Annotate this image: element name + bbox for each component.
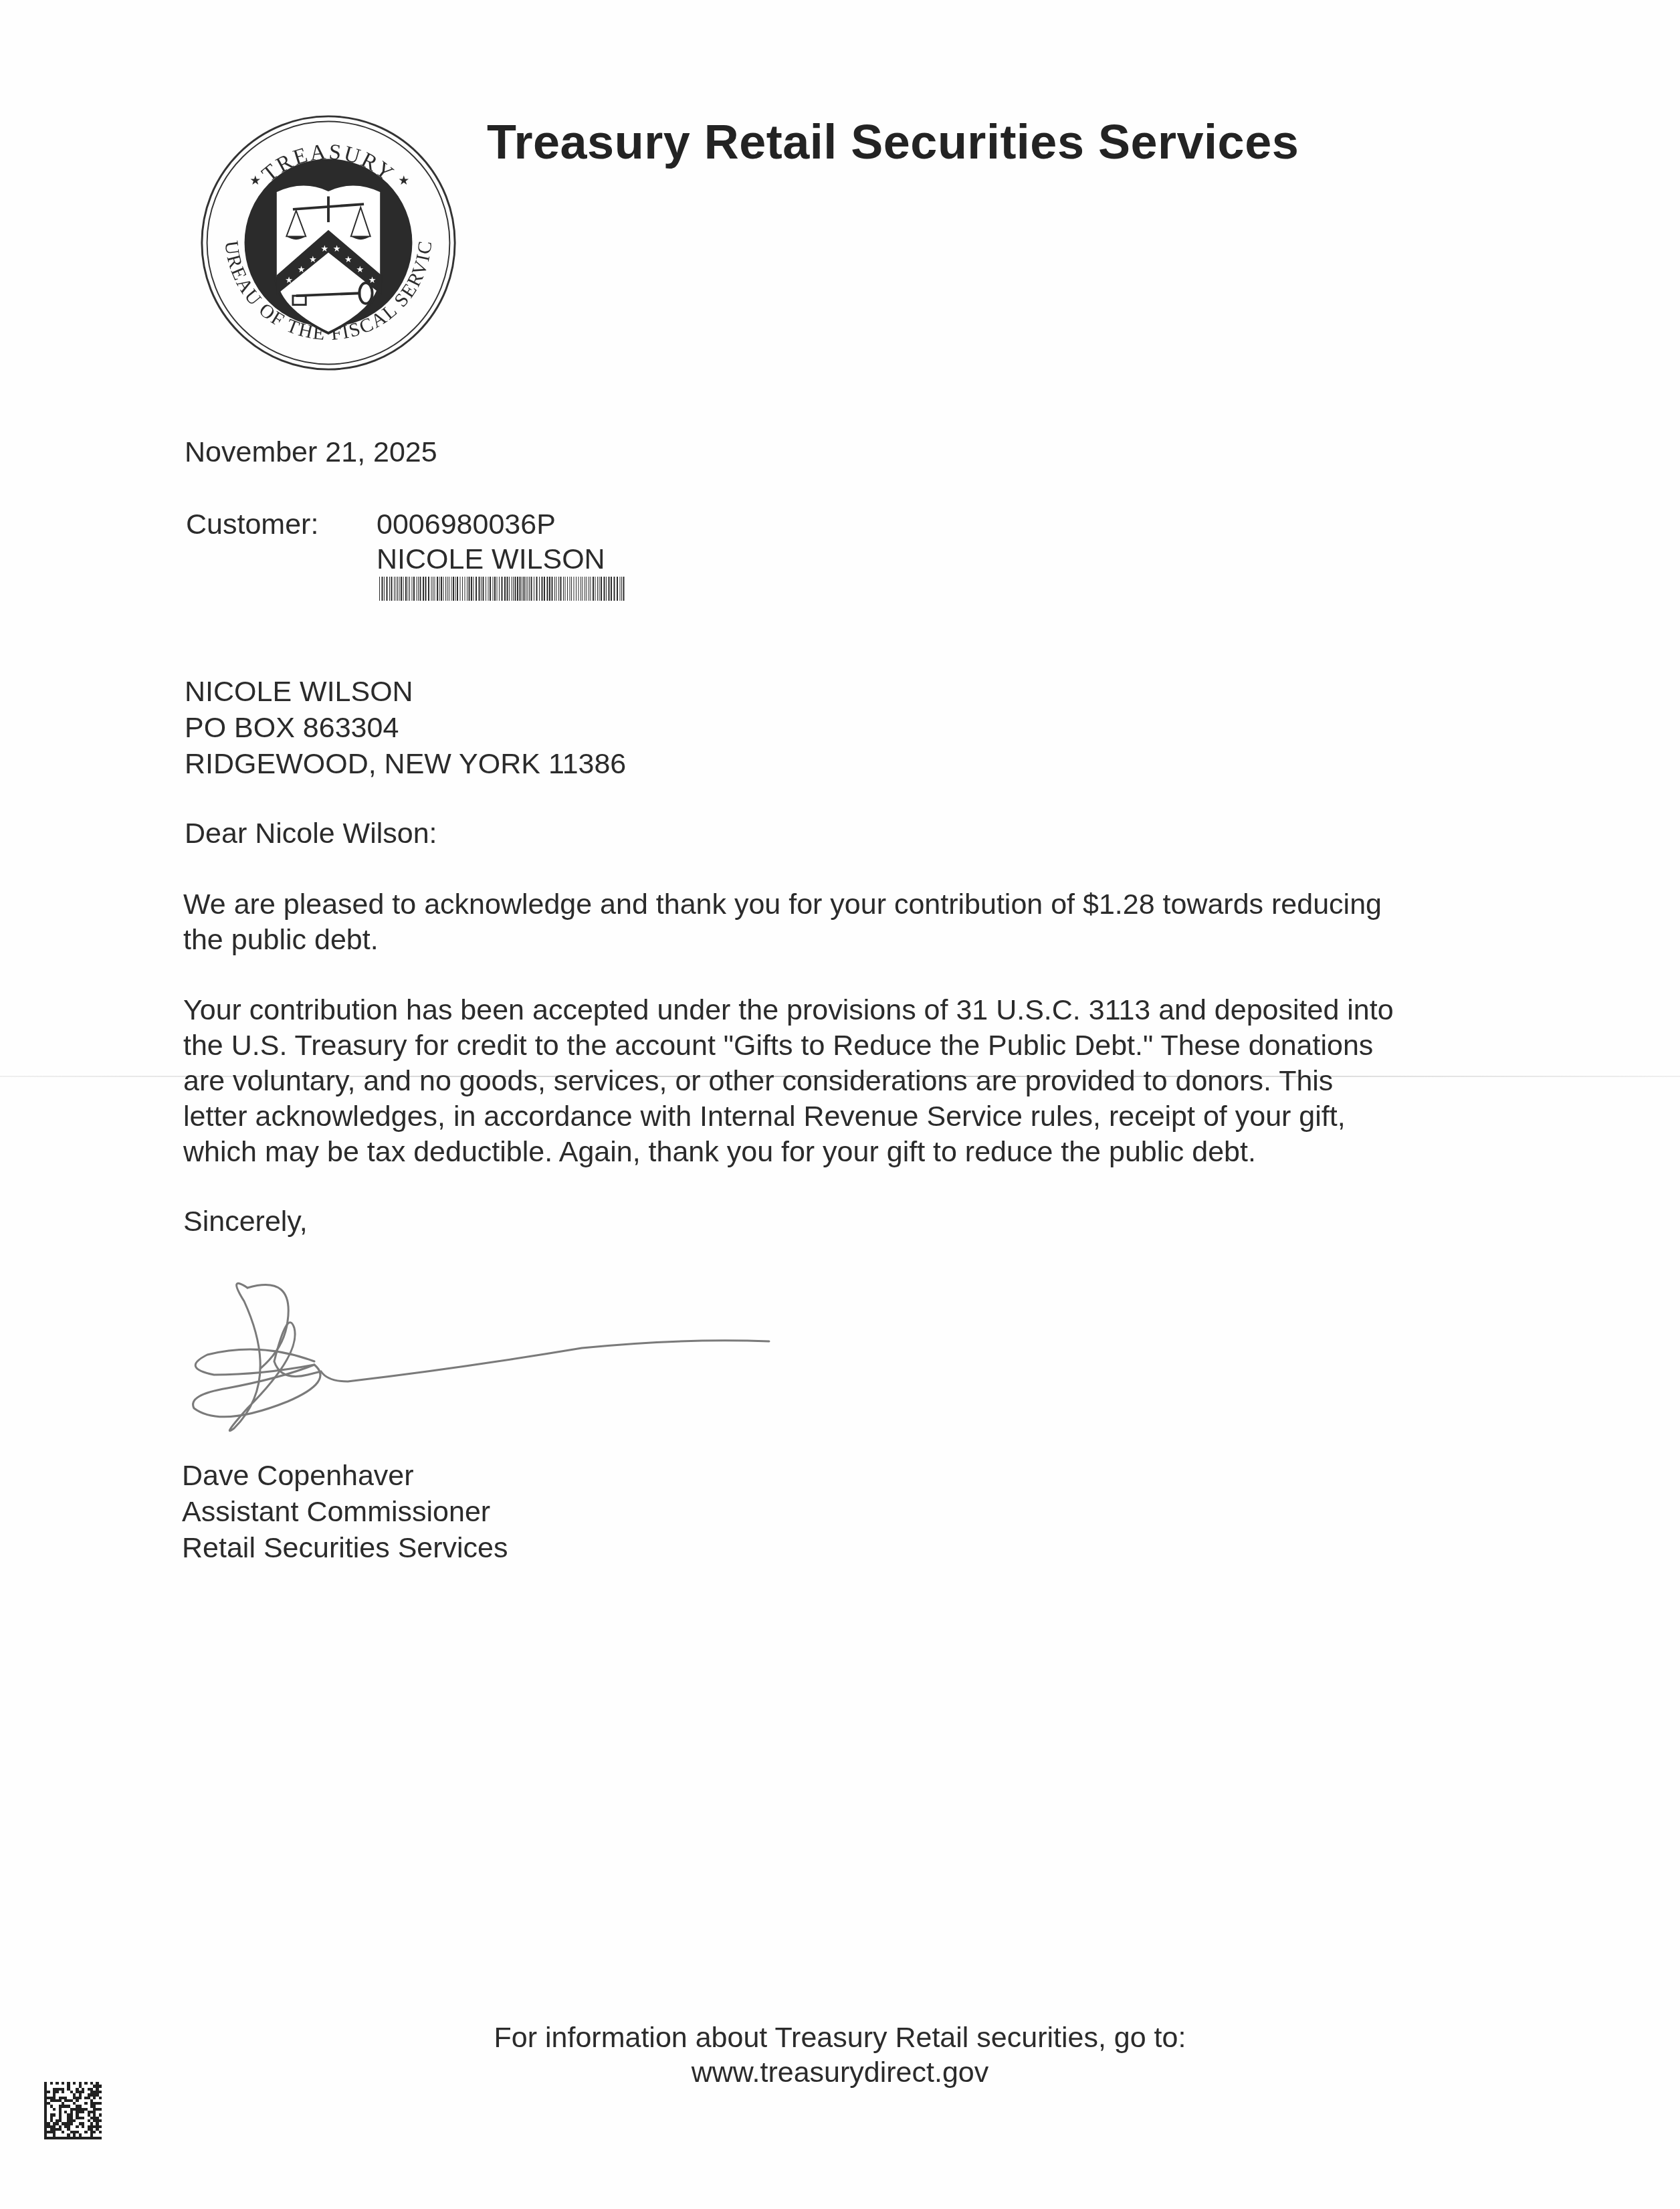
paragraph-line: which may be tax deductible. Again, than… bbox=[183, 1135, 1394, 1170]
paragraph-provisions: Your contribution has been accepted unde… bbox=[183, 993, 1394, 1170]
signer-name: Dave Copenhaver bbox=[182, 1458, 508, 1495]
letter-page: TREASURY BUREAU OF THE FISCAL SERVICE ★ … bbox=[0, 0, 1680, 2209]
signer-department: Retail Securities Services bbox=[182, 1531, 508, 1567]
svg-text:★: ★ bbox=[285, 276, 292, 285]
signer-block: Dave Copenhaver Assistant Commissioner R… bbox=[182, 1458, 508, 1567]
svg-text:★: ★ bbox=[398, 174, 409, 188]
letter-date: November 21, 2025 bbox=[185, 435, 437, 470]
paragraph-line: We are pleased to acknowledge and thank … bbox=[183, 887, 1382, 923]
customer-id: 0006980036P bbox=[377, 507, 556, 542]
address-line-2: PO BOX 863304 bbox=[185, 710, 626, 747]
signer-title: Assistant Commissioner bbox=[182, 1495, 508, 1531]
svg-text:★: ★ bbox=[309, 255, 316, 264]
page-title: Treasury Retail Securities Services bbox=[487, 115, 1299, 170]
customer-label: Customer: bbox=[186, 507, 318, 542]
mailing-address: NICOLE WILSON PO BOX 863304 RIDGEWOOD, N… bbox=[185, 674, 626, 783]
paragraph-line: the public debt. bbox=[183, 923, 1382, 958]
treasury-seal-icon: TREASURY BUREAU OF THE FISCAL SERVICE ★ … bbox=[199, 114, 457, 372]
signature-icon bbox=[181, 1274, 809, 1448]
footer-info: For information about Treasury Retail se… bbox=[0, 2020, 1680, 2090]
paragraph-acknowledgement: We are pleased to acknowledge and thank … bbox=[183, 887, 1382, 958]
paragraph-line: the U.S. Treasury for credit to the acco… bbox=[183, 1028, 1394, 1064]
svg-text:★: ★ bbox=[344, 255, 352, 264]
salutation: Dear Nicole Wilson: bbox=[185, 816, 437, 851]
svg-text:★: ★ bbox=[333, 245, 340, 254]
svg-text:★: ★ bbox=[356, 265, 363, 274]
svg-text:★: ★ bbox=[249, 174, 261, 188]
barcode-icon bbox=[378, 577, 627, 601]
closing: Sincerely, bbox=[183, 1204, 308, 1239]
paragraph-line: are voluntary, and no goods, services, o… bbox=[183, 1064, 1394, 1099]
footer-link[interactable]: www.treasurydirect.gov bbox=[0, 2055, 1680, 2090]
paragraph-line: Your contribution has been accepted unde… bbox=[183, 993, 1394, 1028]
svg-text:★: ★ bbox=[320, 245, 328, 254]
address-line-3: RIDGEWOOD, NEW YORK 11386 bbox=[185, 747, 626, 783]
paragraph-line: letter acknowledges, in accordance with … bbox=[183, 1099, 1394, 1135]
datamatrix-code-icon bbox=[44, 2082, 102, 2139]
footer-text: For information about Treasury Retail se… bbox=[0, 2020, 1680, 2055]
customer-name: NICOLE WILSON bbox=[377, 542, 605, 577]
address-line-1: NICOLE WILSON bbox=[185, 674, 626, 710]
svg-text:★: ★ bbox=[298, 265, 305, 274]
